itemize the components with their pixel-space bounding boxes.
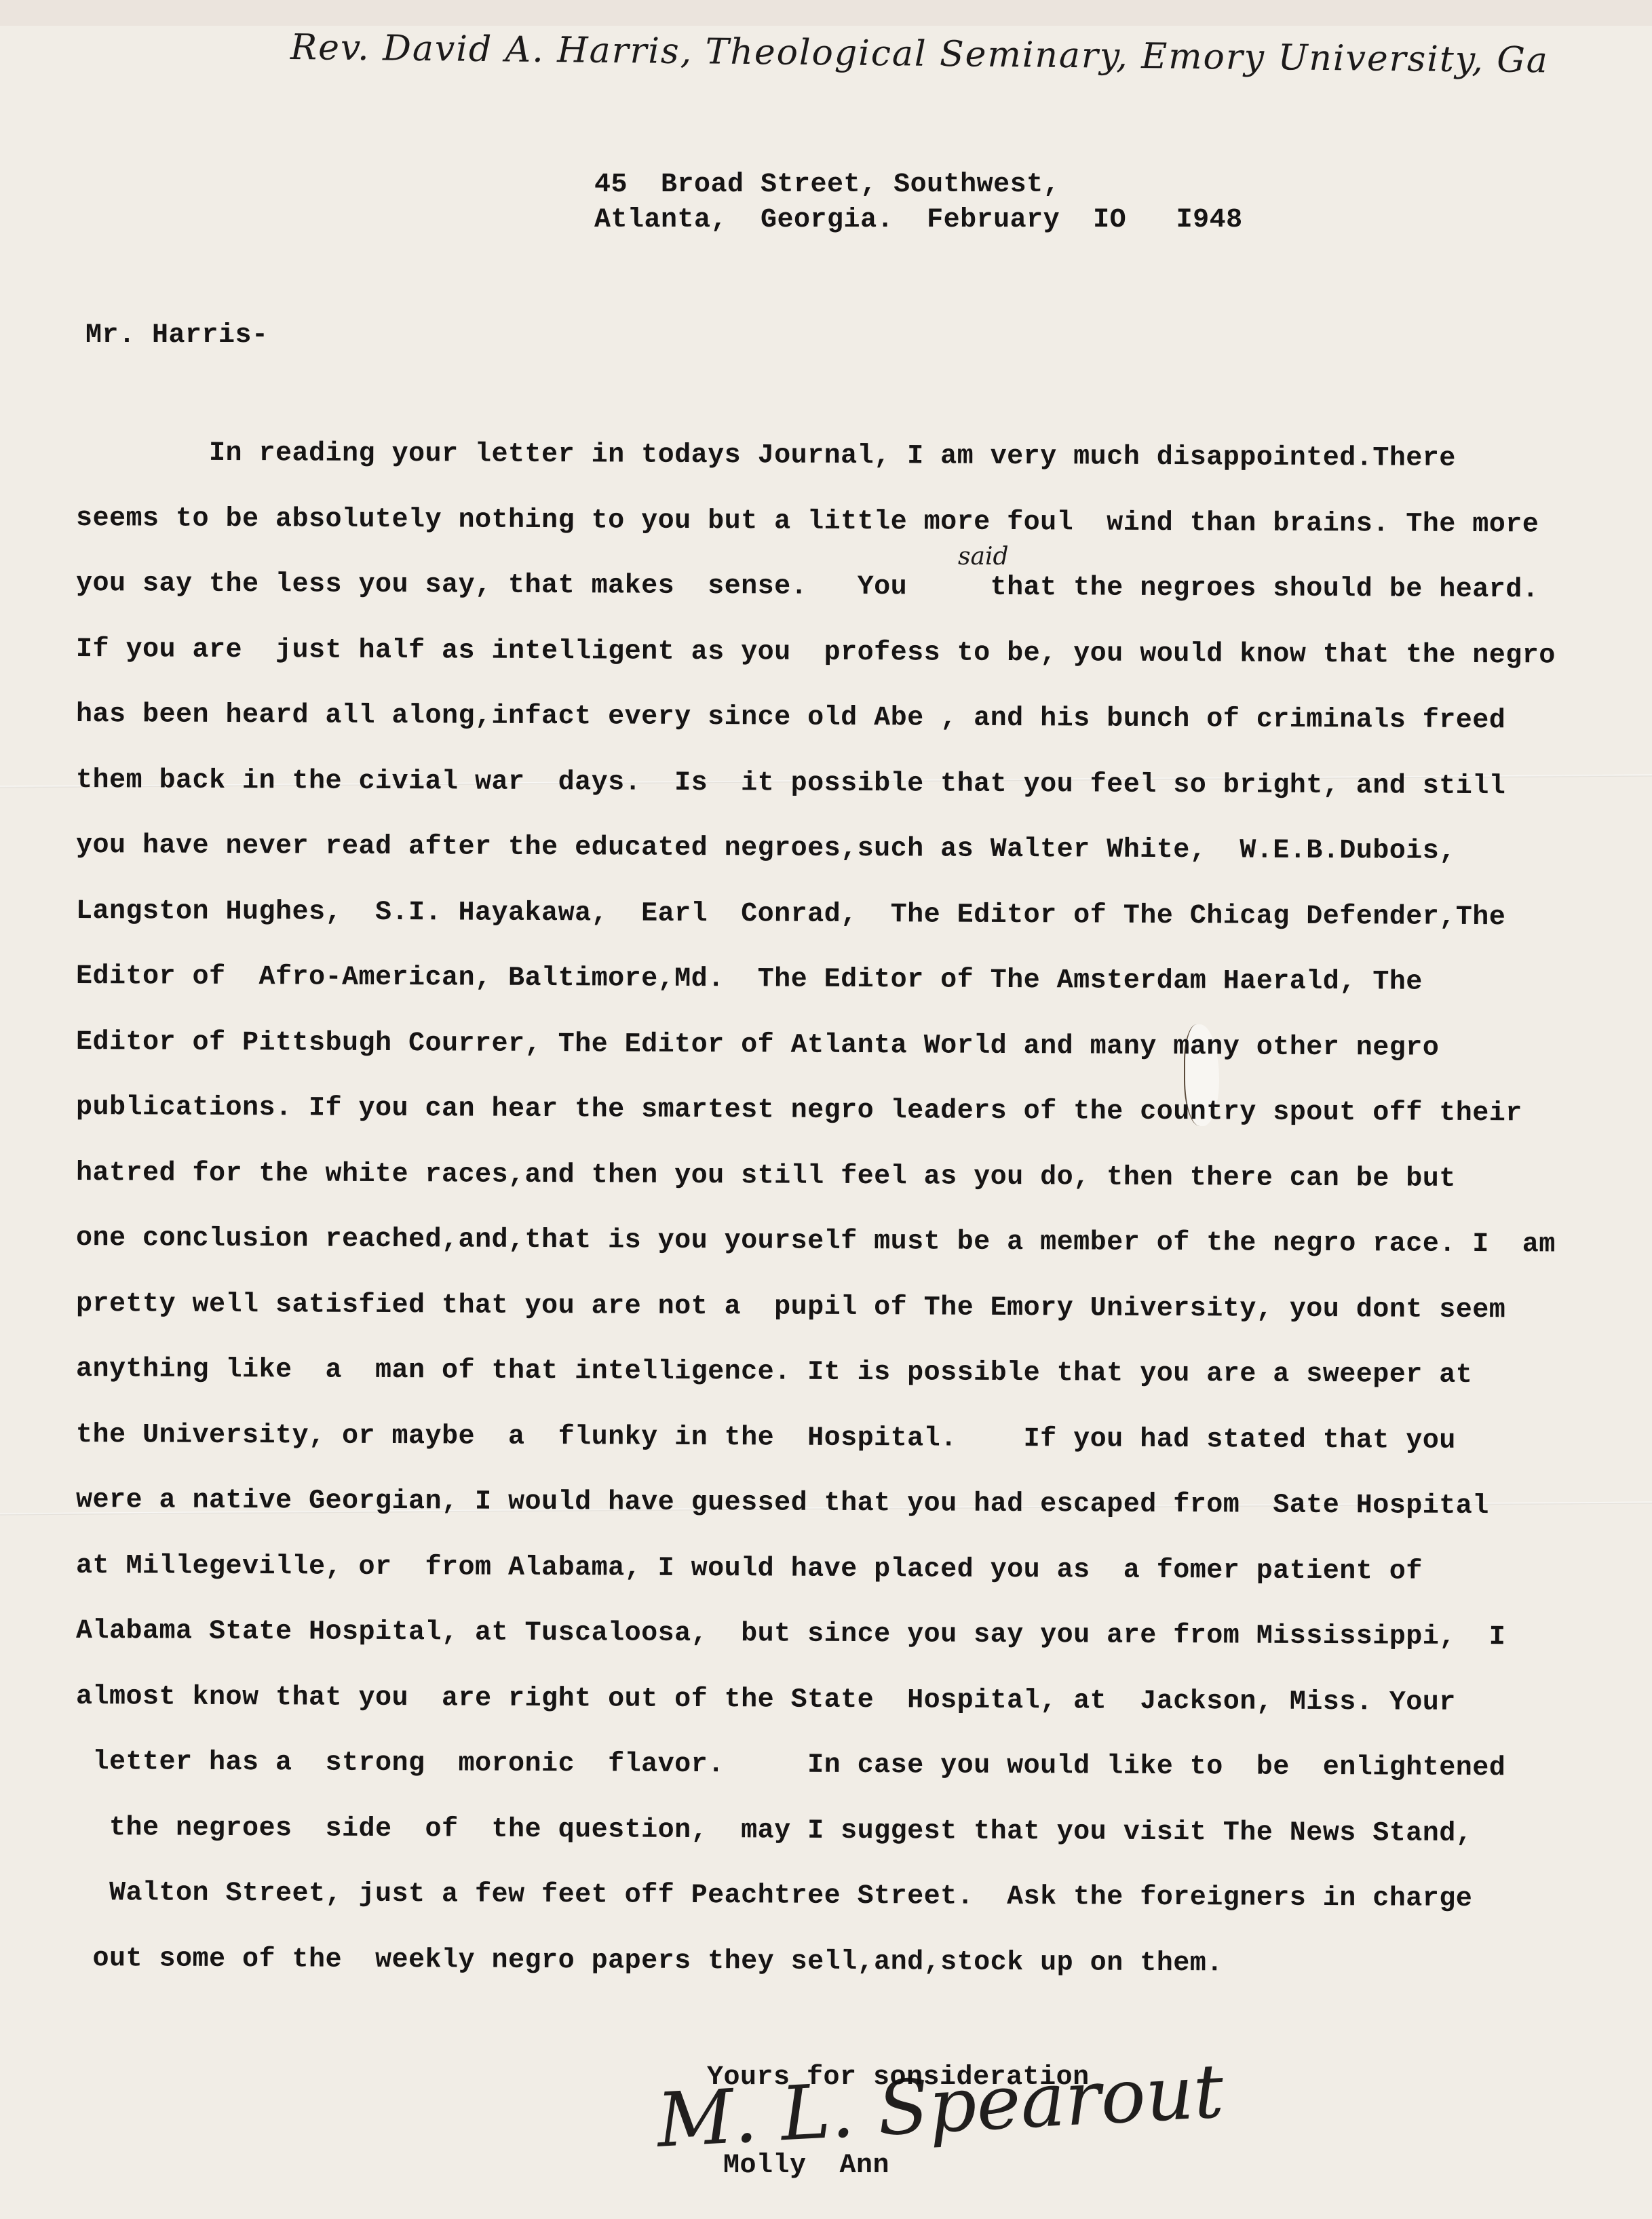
body-line: them back in the civial war days. Is it …: [76, 765, 1506, 802]
body-line: were a native Georgian, I would have gue…: [76, 1485, 1489, 1522]
body-line: has been heard all along,infact every si…: [76, 699, 1506, 736]
typed-signatory-name: Molly Ann: [723, 2150, 889, 2181]
sender-address-line-1: 45 Broad Street, Southwest,: [594, 170, 1060, 200]
body-line: hatred for the white races,and then you …: [76, 1158, 1456, 1195]
body-line: Editor of Afro-American, Baltimore,Md. T…: [76, 961, 1423, 998]
sender-address-date-line: Atlanta, Georgia. February IO I948: [594, 205, 1243, 235]
body-line: In reading your letter in todays Journal…: [76, 438, 1456, 474]
body-line: Alabama State Hospital, at Tuscaloosa, b…: [76, 1616, 1506, 1653]
body-line: you have never read after the educated n…: [76, 830, 1456, 867]
body-line: out some of the weekly negro papers they…: [76, 1944, 1223, 1979]
body-line: the University, or maybe a flunky in the…: [76, 1420, 1456, 1456]
body-line: pretty well satisfied that you are not a…: [76, 1289, 1506, 1326]
body-line: If you are just half as intelligent as y…: [76, 634, 1556, 672]
body-line: you say the less you say, that makes sen…: [76, 568, 1539, 605]
body-line: Langston Hughes, S.I. Hayakawa, Earl Con…: [76, 896, 1506, 933]
body-line: seems to be absolutely nothing to you bu…: [76, 503, 1539, 540]
body-line: one conclusion reached,and,that is you y…: [76, 1223, 1556, 1260]
letter-page: Rev. David A. Harris, Theological Semina…: [0, 0, 1652, 2219]
salutation: Mr. Harris-: [85, 320, 269, 351]
body-line: publications. If you can hear the smarte…: [76, 1092, 1522, 1129]
body-line: letter has a strong moronic flavor. In c…: [76, 1747, 1506, 1783]
body-line: the negroes side of the question, may I …: [76, 1813, 1473, 1849]
body-line: anything like a man of that intelligence…: [76, 1354, 1473, 1391]
body-line: at Millegeville, or from Alabama, I woul…: [76, 1551, 1423, 1587]
handwritten-correction-said: said: [958, 543, 1009, 571]
body-line: Walton Street, just a few feet off Peach…: [76, 1878, 1473, 1914]
scan-top-margin: [0, 0, 1652, 26]
body-line: Editor of Pittsbugh Courrer, The Editor …: [76, 1027, 1440, 1064]
body-line: almost know that you are right out of th…: [76, 1682, 1456, 1718]
handwritten-addressee-note: Rev. David A. Harris, Theological Semina…: [290, 27, 1549, 81]
